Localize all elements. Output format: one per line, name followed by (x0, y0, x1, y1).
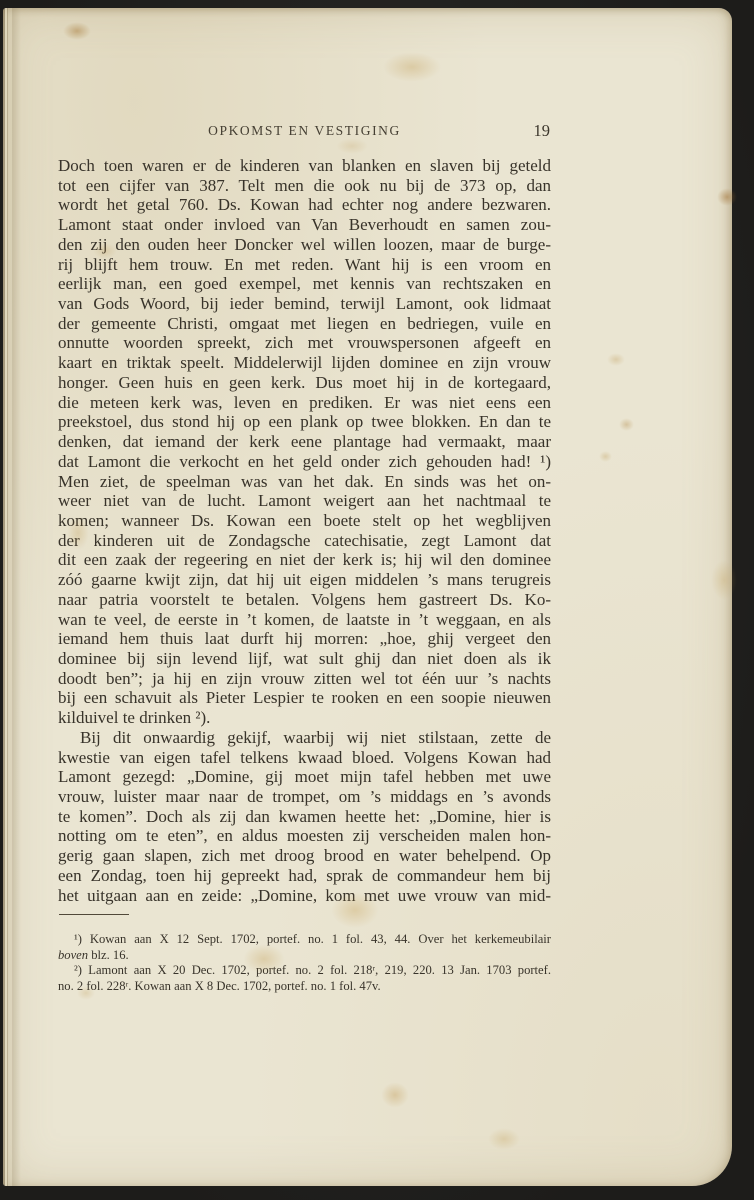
text-line: ¹) Kowan aan X 12 Sept. 1702, portef. no… (58, 932, 551, 948)
footnote: ¹) Kowan aan X 12 Sept. 1702, portef. no… (58, 932, 551, 963)
text-line: doodt ben”; ja hij en zijn vrouw zitten … (58, 669, 551, 689)
text-line: no. 2 fol. 228ʳ. Kowan aan X 8 Dec. 1702… (58, 979, 551, 995)
paper-stain (488, 1128, 520, 1150)
text-line: den zij den ouden heer Doncker wel wille… (58, 235, 551, 255)
text-line: rij blijft hem trouw. En met reden. Want… (58, 255, 551, 275)
text-line: te komen”. Doch als zij dan kwamen heett… (58, 807, 551, 827)
text-line: kilduivel te drinken ²). (58, 708, 551, 728)
text-line: Doch toen waren er de kinderen van blank… (58, 156, 551, 176)
page-number: 19 (534, 121, 551, 141)
page-gutter-shadow (3, 8, 21, 1186)
text-line: naar patria voorstelt te betalen. Volgen… (58, 590, 551, 610)
paper-stain (383, 52, 441, 82)
paper-stain (599, 451, 612, 462)
footnote-separator (59, 914, 129, 915)
text-line: denken, dat iemand der kerk eene plantag… (58, 432, 551, 452)
text-line: der kinderen uit de Zondagsche catechisa… (58, 531, 551, 551)
text-line: der gemeente Christi, omgaat met liegen … (58, 314, 551, 334)
text-line: Lamont staat onder invloed van Van Bever… (58, 215, 551, 235)
paper-stain (381, 1082, 409, 1108)
text-line: gerig gaan slapen, zich met droog brood … (58, 846, 551, 866)
text-line: wordt het getal 760. Ds. Kowan had echte… (58, 195, 551, 215)
text-line: kaart en triktak speelt. Middelerwijl li… (58, 353, 551, 373)
text-line: die meteen kerk was, leven en prediken. … (58, 393, 551, 413)
text-line: Lamont gezegd: „Domine, gij moet mijn ta… (58, 767, 551, 787)
text-line: ²) Lamont aan X 20 Dec. 1702, portef. no… (58, 963, 551, 979)
paragraph: Bij dit onwaardig gekijf, waarbij wij ni… (58, 728, 551, 905)
paper-stain (717, 188, 737, 206)
text-line: van Gods Woord, bij ieder bemind, terwij… (58, 294, 551, 314)
paper-stain (619, 418, 634, 431)
text-line: vrouw, luister maar naar de trompet, om … (58, 787, 551, 807)
running-header: OPKOMST EN VESTIGING 19 (58, 121, 551, 143)
scanned-book-page-view: { "colors": { "paper": "#EAE5D2", "ink":… (0, 0, 754, 1200)
text-line: Bij dit onwaardig gekijf, waarbij wij ni… (58, 728, 551, 748)
text-line: dit een zaak der regeering en niet der k… (58, 550, 551, 570)
text-line: bij een schavuit als Pieter Lespier te r… (58, 688, 551, 708)
text-line: zóó gaarne kwijt zijn, dat hij uit eigen… (58, 570, 551, 590)
text-line: dominee bij sijn levend lijf, wat sult g… (58, 649, 551, 669)
text-line: kwestie van eigen tafel telkens kwaad bl… (58, 748, 551, 768)
text-line: weer niet van de lucht. Lamont weigert a… (58, 491, 551, 511)
text-line: komen; wanneer Ds. Kowan een boete stelt… (58, 511, 551, 531)
text-line: iemand hem thuis laat durft hij morren: … (58, 629, 551, 649)
text-line: dat Lamont die verkocht en het geld onde… (58, 452, 551, 472)
text-line: eerlijk man, een goed exempel, met kenni… (58, 274, 551, 294)
footnotes: ¹) Kowan aan X 12 Sept. 1702, portef. no… (58, 932, 551, 994)
text-line: boven blz. 16. (58, 948, 551, 964)
text-line: Men ziet, de speelman was van het dak. E… (58, 472, 551, 492)
text-line: preekstoel, dus stond hij op een plank o… (58, 412, 551, 432)
text-line: honger. Geen huis en geen kerk. Dus moet… (58, 373, 551, 393)
text-line: een Zondag, toen hij gepreekt had, sprak… (58, 866, 551, 886)
text-line: wan te veel, de eerste in ’t komen, de l… (58, 610, 551, 630)
paper-stain (711, 560, 737, 600)
text-line: onnutte woorden spreekt, zich met vrouws… (58, 333, 551, 353)
text-line: notting om te eten”, en aldus moesten zi… (58, 826, 551, 846)
paper-stain (63, 22, 91, 40)
text-line: het uitgaan aan en zeide: „Domine, kom m… (58, 886, 551, 906)
body-text: Doch toen waren er de kinderen van blank… (58, 156, 551, 905)
book-page: OPKOMST EN VESTIGING 19 Doch toen waren … (3, 8, 732, 1186)
paper-stain (607, 353, 625, 366)
running-header-title: OPKOMST EN VESTIGING (58, 123, 551, 139)
paragraph: Doch toen waren er de kinderen van blank… (58, 156, 551, 728)
text-line: tot een cijfer van 387. Telt men die ook… (58, 176, 551, 196)
footnote: ²) Lamont aan X 20 Dec. 1702, portef. no… (58, 963, 551, 994)
